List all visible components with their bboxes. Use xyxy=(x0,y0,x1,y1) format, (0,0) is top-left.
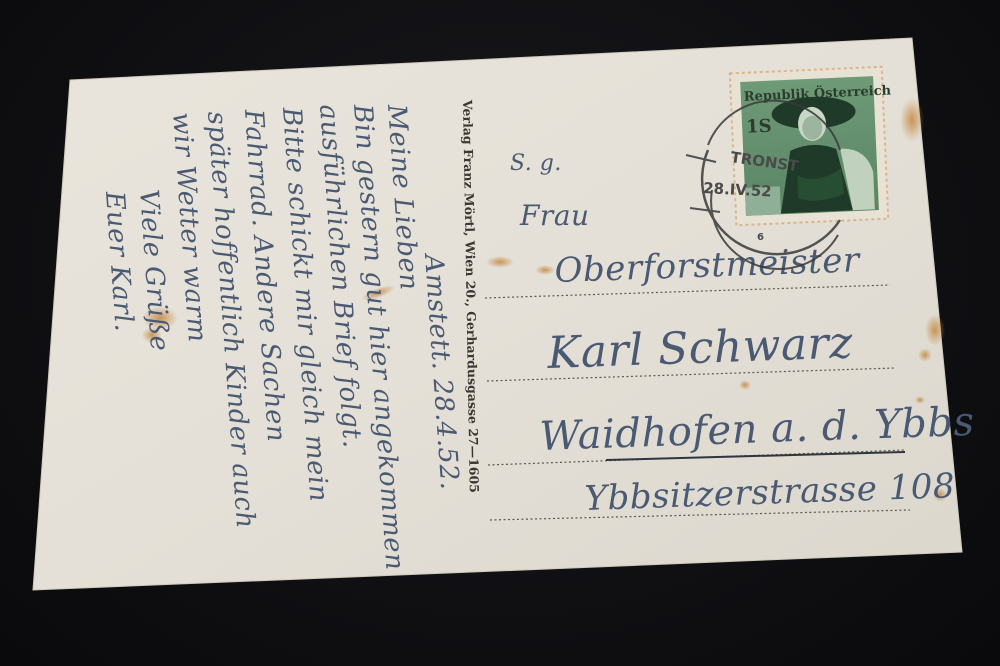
postcard-scene: Verlag Franz Mörtl, Wien 20., Gerhardusg… xyxy=(0,0,1000,666)
postmark-date: 28.IV.52 xyxy=(703,179,772,201)
address-title: Frau xyxy=(519,199,590,232)
postmark-extra: 6 xyxy=(757,232,764,243)
stamp-value: 1S xyxy=(746,116,772,138)
postage-stamp: Republik Österreich 1S xyxy=(730,66,897,225)
address-line2: Karl Schwarz xyxy=(546,317,854,379)
address-salutation: S. g. xyxy=(510,151,562,176)
